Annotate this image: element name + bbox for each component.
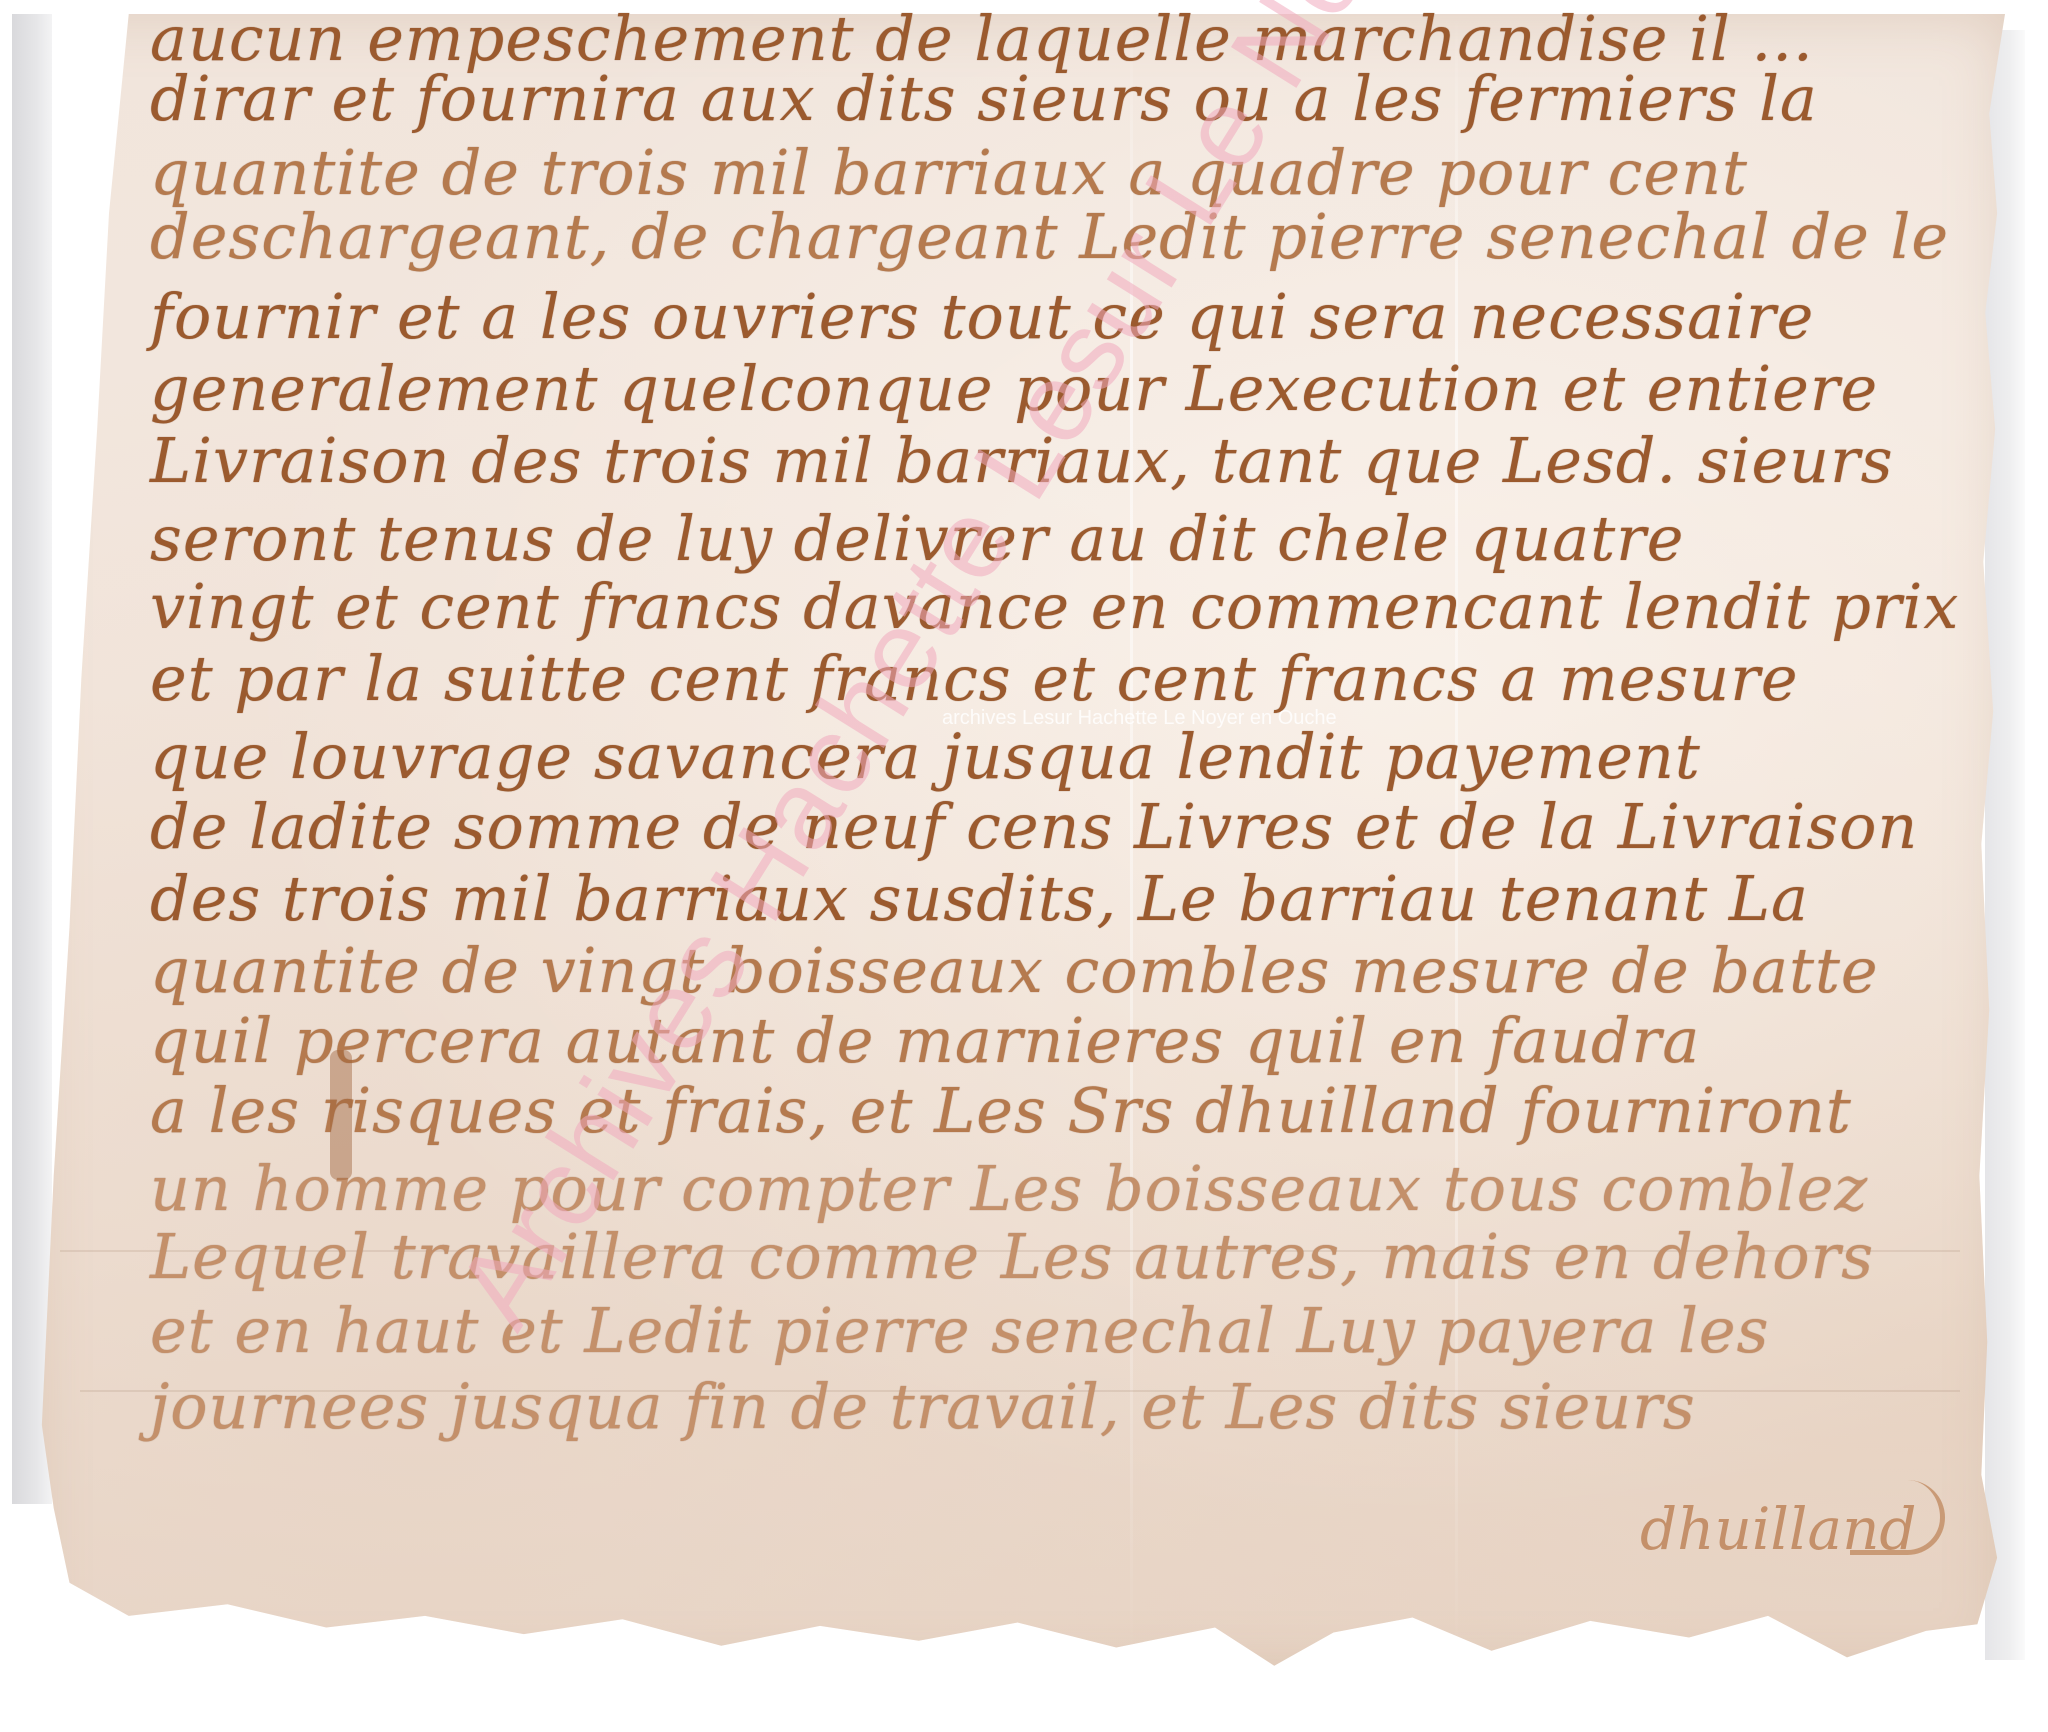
manuscript-line: et en haut et Ledit pierre senechal Luy … <box>150 1294 1769 1367</box>
ink-stain <box>330 1050 352 1180</box>
manuscript-text-block: aucun empeschement de laquelle marchandi… <box>150 2 1990 1502</box>
manuscript-line: vingt et cent francs davance en commenca… <box>150 570 1959 643</box>
watermark-overlay-text: archives Lesur Hachette Le Noyer en Ouch… <box>942 707 1337 730</box>
manuscript-line: journees jusqua fin de travail, et Les d… <box>150 1370 1696 1443</box>
paper-shadow-left <box>12 14 52 1504</box>
manuscript-line: et par la suitte cent francs et cent fra… <box>150 642 1799 715</box>
manuscript-line: quil percera autant de marnieres quil en… <box>150 1004 1700 1077</box>
manuscript-line: que louvrage savancera jusqua lendit pay… <box>150 720 1701 793</box>
manuscript-line: a les risques et frais, et Les Srs dhuil… <box>150 1074 1852 1147</box>
manuscript-line: quantite de trois mil barriaux a quadre … <box>150 136 1748 209</box>
manuscript-line: fournir et a les ouvriers tout ce qui se… <box>150 280 1814 353</box>
manuscript-line: un homme pour compter Les boisseaux tous… <box>150 1152 1868 1225</box>
manuscript-line: deschargeant, de chargeant Ledit pierre … <box>150 200 1949 273</box>
signature-flourish <box>1850 1480 1945 1555</box>
manuscript-line: de ladite somme de neuf cens Livres et d… <box>150 790 1918 863</box>
manuscript-line: dirar et fournira aux dits sieurs ou a l… <box>150 62 1818 135</box>
manuscript-line: Lequel travaillera comme Les autres, mai… <box>150 1220 1874 1293</box>
manuscript-line: des trois mil barriaux susdits, Le barri… <box>150 862 1809 935</box>
paper-shadow-right <box>1985 30 2025 1660</box>
manuscript-line: quantite de vingt boisseaux combles mesu… <box>150 934 1879 1007</box>
